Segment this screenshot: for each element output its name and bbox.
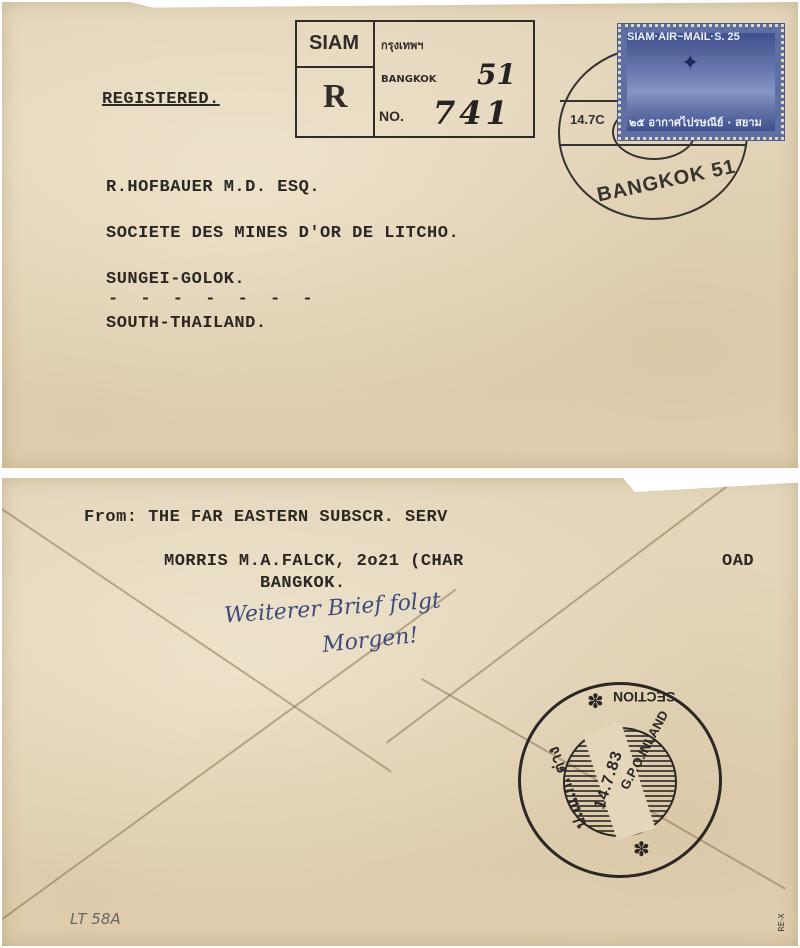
stamp-top-text: SIAM·AIR~MAIL·S. 25 — [627, 31, 740, 43]
postmark-city: BANGKOK 51 — [595, 156, 738, 208]
star-ornament-icon: ✽ — [633, 837, 650, 861]
registered-label: REGISTERED. — [102, 90, 220, 109]
gpo-inland-section-postmark: 14.7.83 SECTION G.P.O.INLAND ป.ณ.ก. ต่าง… — [518, 682, 722, 878]
address-line-1: R.HOFBAUER M.D. ESQ. — [106, 178, 320, 197]
address-line-4: SOUTH-THAILAND. — [106, 314, 267, 333]
registration-divider-vertical — [373, 22, 375, 136]
handwritten-registration-number: 741 — [433, 94, 512, 132]
sender-line-1: From: THE FAR EASTERN SUBSCR. SERV — [84, 508, 448, 527]
pencil-note: LT 58A — [70, 910, 121, 928]
airmail-stamp: SIAM·AIR~MAIL·S. 25 ✦ ๒๕ อากาศไปรษณีย์ ·… — [618, 24, 784, 140]
address-line-2: SOCIETE DES MINES D'OR DE LITCHO. — [106, 224, 459, 243]
address-dashes: - - - - - - - — [108, 290, 319, 309]
registration-office: BANGKOK — [381, 74, 437, 85]
stamp-bottom-text: ๒๕ อากาศไปรษณีย์ · สยาม — [629, 113, 762, 131]
handwritten-note-line-2: Morgen! — [321, 623, 419, 658]
sender-line-3: BANGKOK. — [260, 574, 346, 593]
registration-divider-horizontal — [297, 66, 375, 68]
garuda-figure-icon: ✦ — [681, 51, 731, 91]
edge-print-mark: RE-X — [777, 913, 786, 932]
handwritten-office-number: 51 — [477, 58, 516, 91]
star-ornament-icon: ✽ — [587, 689, 604, 713]
registration-no-label: NO. — [379, 108, 404, 124]
sender-line-2: MORRIS M.A.FALCK, 2o21 (CHAR — [164, 552, 464, 571]
postmark-date: 14.7C — [570, 112, 605, 127]
envelope-front: REGISTERED. SIAM R กรุงเทพฯ BANGKOK NO. … — [2, 2, 798, 468]
postmark-section-text: SECTION — [613, 689, 675, 705]
registration-label: SIAM R กรุงเทพฯ BANGKOK NO. 51 741 — [295, 20, 535, 138]
registration-letter: R — [323, 78, 348, 116]
sender-line-2-end: OAD — [722, 552, 754, 571]
registration-thai-office: กรุงเทพฯ — [381, 36, 423, 54]
registration-country: SIAM — [309, 32, 359, 55]
address-line-3: SUNGEI-GOLOK. — [106, 270, 245, 289]
